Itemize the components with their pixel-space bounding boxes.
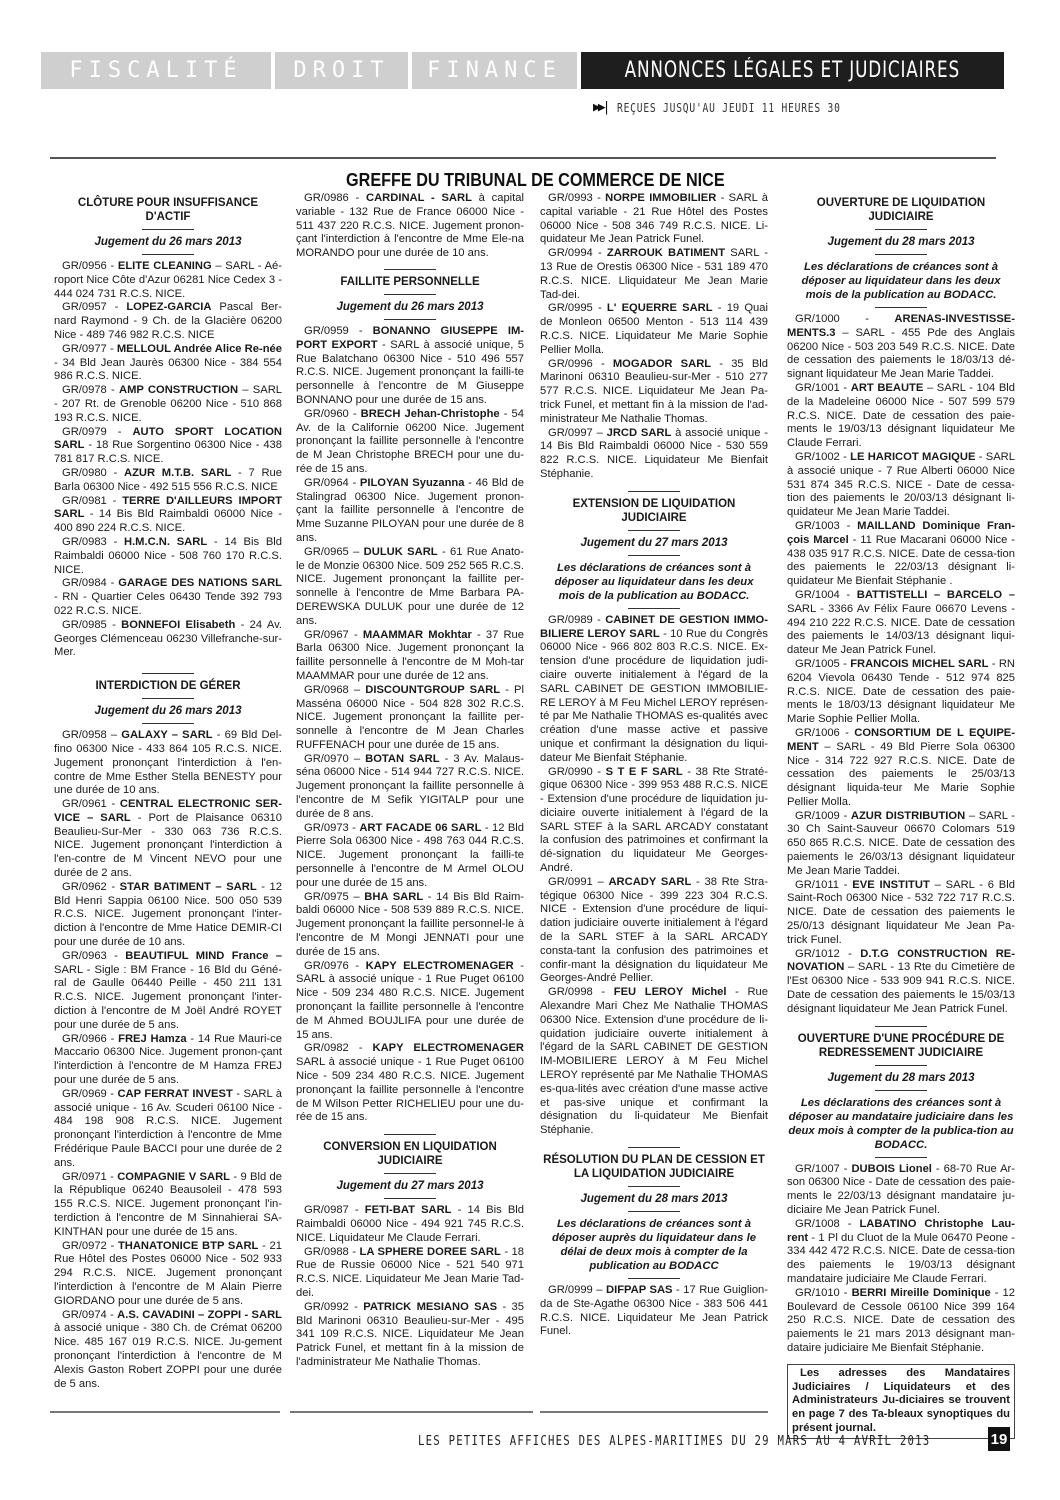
entry-ref: GR/1011 - — [795, 879, 852, 891]
entry-ref: GR/0962 - — [62, 881, 120, 893]
entry-details: - RN - Quartier Celes 06430 Tende 392 79… — [54, 591, 282, 617]
tab-droit[interactable]: DROIT — [275, 52, 408, 89]
divider — [628, 491, 680, 492]
divider — [875, 307, 927, 308]
deadline-notice: ▶▶| REÇUES JUSQU'AU JEUDI 11 HEURES 30 — [593, 100, 897, 115]
entry-company-name: A.S. CAVADINI – ZOPPI - SARL — [117, 1309, 282, 1321]
notice-entry: GR/0977 - MELLOUL Andrée Alice Re-née - … — [54, 343, 282, 384]
divider — [628, 530, 680, 531]
entry-list: GR/0987 - FETI-BAT SARL - 14 Bis Bld Rai… — [296, 1204, 524, 1370]
creditor-notice: Les déclarations de créances sont à dépo… — [540, 1217, 768, 1273]
entry-details: - 38 Rte Stra-tégique 06300 Nice - 399 2… — [540, 876, 768, 985]
entry-ref: GR/1001 - — [795, 382, 851, 394]
divider — [628, 1147, 680, 1148]
notice-entry: GR/0982 - KAPY ELECTROMENAGER SARL à ass… — [296, 1042, 524, 1125]
entry-company-name: NORPE IMMOBILIER — [605, 192, 716, 204]
entry-ref: GR/0963 - — [62, 950, 125, 962]
entry-details: – SARL - 49 Bld Pierre Sola 06300 Nice -… — [787, 741, 1015, 808]
notice-entry: GR/0993 - NORPE IMMOBILIER - SARL à capi… — [540, 192, 768, 247]
column-4: OUVERTURE DE LIQUIDATION JUDICIAIRE Juge… — [787, 196, 1015, 1439]
entry-company-name: PILOYAN Syuzanna — [360, 477, 465, 489]
entry-company-name: AZUR M.T.B. SARL — [124, 467, 231, 479]
entry-company-name: ZARROUK BATIMENT — [607, 247, 725, 259]
entry-ref: GR/0994 - — [548, 247, 607, 259]
divider — [384, 1173, 436, 1174]
notice-entry: GR/0965 – DULUK SARL - 61 Rue Anato-le d… — [296, 546, 524, 629]
notice-entry: GR/0964 - PILOYAN Syuzanna - 46 Bld de S… — [296, 477, 524, 546]
entry-company-name: BERRI Mireille Dominique — [852, 1287, 991, 1299]
entry-ref: GR/0966 - — [62, 1033, 118, 1045]
page-number: 19 — [988, 1427, 1010, 1451]
divider — [875, 1026, 927, 1027]
entry-company-name: STAR BATIMENT – SARL — [120, 881, 257, 893]
entry-company-name: DIFPAP SAS — [606, 1284, 673, 1296]
fast-forward-icon: ▶▶| — [593, 100, 607, 115]
notice-entry: GR/0994 - ZARROUK BATIMENT SARL - 13 Rue… — [540, 247, 768, 302]
notice-entry: GR/0990 - S T E F SARL - 38 Rte Straté-g… — [540, 766, 768, 876]
entry-company-name: L' EQUERRE SARL — [607, 302, 713, 314]
entry-company-name: DISCOUNTGROUP SARL — [365, 684, 500, 696]
entry-ref: GR/1002 - — [795, 451, 850, 463]
entry-company-name: FEU LEROY Michel — [614, 986, 727, 998]
entry-ref: GR/0964 - — [304, 477, 360, 489]
notice-entry: GR/0971 - COMPAGNIE V SARL - 9 Bld de la… — [54, 1171, 282, 1240]
entry-ref: GR/1004 - — [795, 589, 857, 601]
entry-ref: GR/0981 - — [62, 495, 122, 507]
entry-company-name: GARAGE DES NATIONS SARL — [118, 577, 282, 589]
notice-entry: GR/0991 – ARCADY SARL - 38 Rte Stra-tégi… — [540, 876, 768, 986]
notice-entry: GR/0997 – JRCD SARL à associé unique - 1… — [540, 427, 768, 482]
notice-entry: GR/1003 - MAILLAND Dominique Fran-çois M… — [787, 520, 1015, 589]
entry-company-name: BEAUTIFUL MIND France – — [125, 950, 282, 962]
entry-company-name: LE HARICOT MAGIQUE — [850, 451, 975, 463]
divider — [384, 319, 436, 320]
notice-entry: GR/0996 - MOGADOR SARL - 35 Bld Marinoni… — [540, 358, 768, 427]
section-tabs: FISCALITÉ DROIT FINANCE ANNONCES LÉGALES… — [41, 52, 1004, 89]
column-2: GR/0986 - CARDINAL - SARL à capital vari… — [296, 192, 524, 1370]
entry-ref: GR/0961 - — [62, 798, 120, 810]
entry-list: GR/0989 - CABINET DE GESTION IMMO-BILIER… — [540, 614, 768, 1138]
judgement-date: Jugement du 26 mars 2013 — [296, 300, 524, 314]
entry-details: - 18 Rue Sorgentino 06300 Nice - 438 781… — [54, 439, 282, 465]
notice-entry: GR/1010 - BERRI Mireille Dominique - 12 … — [787, 1287, 1015, 1356]
divider — [142, 673, 194, 674]
notice-entry: GR/0958 – GALAXY – SARL - 69 Bld Del-fin… — [54, 729, 282, 798]
judgement-date: Jugement du 28 mars 2013 — [787, 235, 1015, 249]
section-title-faillite: FAILLITE PERSONNELLE — [296, 275, 524, 289]
entry-details: SARL - 3366 Av Félix Faure 06670 Levens … — [787, 603, 1015, 656]
notice-entry: GR/1000 - ARENAS-INVESTISSE-MENTS.3 – SA… — [787, 313, 1015, 382]
entry-details: à associé unique - 380 Ch. de Crémat 062… — [54, 1322, 282, 1389]
entry-details: - 10 Rue du Congrès 06000 Nice - 966 802… — [540, 628, 768, 764]
notice-entry: GR/1006 - CONSORTIUM DE L EQUIPE-MENT – … — [787, 727, 1015, 810]
column-bottom-rule — [540, 1411, 768, 1413]
entry-ref: GR/0974 - — [62, 1309, 117, 1321]
creditor-notice: Les déclarations de créances sont à dépo… — [540, 561, 768, 603]
entry-company-name: MOGADOR SARL — [613, 358, 711, 370]
section-title-extension: EXTENSION DE LIQUIDATION JUDICIAIRE — [540, 497, 768, 525]
entry-company-name: JRCD SARL — [607, 427, 672, 439]
entry-company-name: GALAXY – SARL — [121, 729, 212, 741]
page-title: GREFFE DU TRIBUNAL DE COMMERCE DE NICE — [290, 170, 780, 191]
notice-entry: GR/1002 - LE HARICOT MAGIQUE - SARL à as… — [787, 451, 1015, 520]
entry-ref: GR/1000 - — [795, 313, 894, 325]
entry-details: - Rue Alexandre Mari Chez Me Nathalie TH… — [540, 986, 768, 1136]
entry-list: GR/0956 - ELITE CLEANING – SARL - Aé-rop… — [54, 260, 282, 660]
entry-ref: GR/0999 – — [548, 1284, 606, 1296]
divider — [875, 254, 927, 255]
notice-entry: GR/0981 - TERRE D'AILLEURS IMPORT SARL -… — [54, 495, 282, 536]
entry-ref: GR/0997 – — [548, 427, 607, 439]
footer-publication: LES PETITES AFFICHES DES ALPES-MARITIMES… — [418, 1434, 930, 1449]
entry-details: - 38 Rte Straté-gique 06300 Nice - 399 9… — [540, 766, 768, 875]
entry-ref: GR/0992 - — [304, 1301, 363, 1313]
creditor-notice: Les déclarations des créances sont à dép… — [787, 1096, 1015, 1152]
entry-ref: GR/0996 - — [548, 358, 613, 370]
section-title-cloture: CLÔTURE POUR INSUFFISANCE D'ACTIF — [54, 196, 282, 224]
column-3: GR/0993 - NORPE IMMOBILIER - SARL à capi… — [540, 192, 768, 1339]
divider — [384, 294, 436, 295]
entry-company-name: DUBOIS Lionel — [851, 1163, 931, 1175]
entry-ref: GR/0960 - — [304, 408, 361, 420]
entry-ref: GR/0970 – — [304, 753, 365, 765]
notice-entry: GR/0963 - BEAUTIFUL MIND France – SARL -… — [54, 950, 282, 1033]
entry-ref: GR/1006 - — [795, 727, 854, 739]
notice-entry: GR/0983 - H.M.C.N. SARL - 14 Bis Bld Rai… — [54, 536, 282, 577]
judgement-date: Jugement du 28 mars 2013 — [787, 1071, 1015, 1085]
notice-entry: GR/0973 - ART FACADE 06 SARL - 12 Bld Pi… — [296, 822, 524, 891]
notice-entry: GR/0984 - GARAGE DES NATIONS SARL - RN -… — [54, 577, 282, 618]
entry-company-name: BONNEFOI Elisabeth — [121, 619, 235, 631]
entry-company-name: ARCADY SARL — [608, 876, 691, 888]
entry-company-name: DULUK SARL — [364, 546, 438, 558]
notice-entry: GR/0992 - PATRICK MESIANO SAS - 35 Bld M… — [296, 1301, 524, 1370]
divider — [628, 555, 680, 556]
entry-list: GR/1007 - DUBOIS Lionel - 68-70 Rue Ar-s… — [787, 1163, 1015, 1356]
entry-list: GR/0993 - NORPE IMMOBILIER - SARL à capi… — [540, 192, 768, 482]
section-title-resolution: RÉSOLUTION DU PLAN DE CESSION ET LA LIQU… — [540, 1153, 768, 1181]
entry-company-name: KAPY ELECTROMENAGER — [366, 960, 514, 972]
divider — [142, 723, 194, 724]
notice-entry: GR/0986 - CARDINAL - SARL à capital vari… — [296, 192, 524, 261]
entry-ref: GR/1008 - — [795, 1218, 859, 1230]
entry-company-name: THANATONICE BTP SARL — [118, 1240, 258, 1252]
notice-entry: GR/0995 - L' EQUERRE SARL - 19 Quai de M… — [540, 302, 768, 357]
notice-entry: GR/0979 - AUTO SPORT LOCATION SARL - 18 … — [54, 426, 282, 467]
entry-ref: GR/0986 - — [304, 192, 366, 204]
entry-list: GR/0999 – DIFPAP SAS - 17 Rue Guiglion-d… — [540, 1284, 768, 1339]
notice-entry: GR/0999 – DIFPAP SAS - 17 Rue Guiglion-d… — [540, 1284, 768, 1339]
notice-entry: GR/0985 - BONNEFOI Elisabeth - 24 Av. Ge… — [54, 619, 282, 660]
divider — [384, 269, 436, 270]
entry-company-name: FRANCOIS MICHEL SARL — [850, 658, 988, 670]
column-bottom-rule — [50, 1411, 280, 1413]
notice-entry: GR/1009 - AZUR DISTRIBUTION – SARL - 30 … — [787, 810, 1015, 879]
notice-entry: GR/0956 - ELITE CLEANING – SARL - Aé-rop… — [54, 260, 282, 301]
divider — [628, 608, 680, 609]
judgement-date: Jugement du 28 mars 2013 — [540, 1192, 768, 1206]
notice-entry: GR/0967 - MAAMMAR Mokhtar - 37 Rue Barla… — [296, 629, 524, 684]
notice-entry: GR/0959 - BONANNO GIUSEPPE IM-PORT EXPOR… — [296, 325, 524, 408]
notice-entry: GR/0987 - FETI-BAT SARL - 14 Bis Bld Rai… — [296, 1204, 524, 1245]
entry-ref: GR/0993 - — [548, 192, 605, 204]
entry-ref: GR/0956 - — [62, 260, 118, 272]
entry-ref: GR/0984 - — [62, 577, 118, 589]
notice-entry: GR/1007 - DUBOIS Lionel - 68-70 Rue Ar-s… — [787, 1163, 1015, 1218]
entry-company-name: BATTISTELLI – BARCELO – — [857, 589, 1015, 601]
divider — [875, 1065, 927, 1066]
entry-company-name: MELLOUL Andrée Alice Re-née — [117, 343, 282, 355]
entry-ref: GR/0957 - — [62, 301, 126, 313]
entry-details: - 1 Pl du Cluot de la Mule 06470 Peone -… — [787, 1232, 1015, 1285]
entry-ref: GR/0971 - — [62, 1171, 117, 1183]
judgement-date: Jugement du 27 mars 2013 — [540, 536, 768, 550]
divider — [875, 229, 927, 230]
entry-company-name: CAP FERRAT INVEST — [117, 1088, 232, 1100]
judgement-date: Jugement du 26 mars 2013 — [54, 704, 282, 718]
divider — [142, 254, 194, 255]
entry-ref: GR/0965 – — [304, 546, 364, 558]
divider — [142, 698, 194, 699]
divider — [628, 1186, 680, 1187]
notice-entry: GR/0988 - LA SPHERE DOREE SARL - 18 Rue … — [296, 1246, 524, 1301]
entry-company-name: ELITE CLEANING — [118, 260, 212, 272]
entry-ref: GR/0968 – — [304, 684, 365, 696]
entry-company-name: S T E F SARL — [606, 766, 683, 778]
entry-ref: GR/0973 - — [304, 822, 359, 834]
divider — [384, 1198, 436, 1199]
entry-list: GR/1000 - ARENAS-INVESTISSE-MENTS.3 – SA… — [787, 313, 1015, 1017]
notice-entry: GR/0966 - FREJ Hamza - 14 Rue Mauri-ce M… — [54, 1033, 282, 1088]
entry-ref: GR/0959 - — [304, 325, 373, 337]
section-title-redressement: OUVERTURE D'UNE PROCÉDURE DE REDRESSEMEN… — [787, 1032, 1015, 1060]
entry-list: GR/0958 – GALAXY – SARL - 69 Bld Del-fin… — [54, 729, 282, 1391]
entry-ref: GR/0979 - — [62, 426, 132, 438]
section-title-ouverture-liquidation: OUVERTURE DE LIQUIDATION JUDICIAIRE — [787, 196, 1015, 224]
tab-finance[interactable]: FINANCE — [412, 52, 577, 89]
entry-ref: GR/0982 - — [304, 1042, 372, 1054]
entry-company-name: AMP CONSTRUCTION — [119, 384, 238, 396]
entry-ref: GR/1012 - — [795, 948, 860, 960]
notice-entry: GR/0962 - STAR BATIMENT – SARL - 12 Bld … — [54, 881, 282, 950]
entry-details: - 14 Bis Bld Raimbaldi 06000 Nice - 400 … — [54, 508, 282, 534]
entry-details: SARL à associé unique - 1 Rue Puget 0610… — [296, 1056, 524, 1123]
divider — [875, 1090, 927, 1091]
page-footer: LES PETITES AFFICHES DES ALPES-MARITIMES… — [418, 1434, 1043, 1449]
entry-company-name: AZUR DISTRIBUTION — [851, 810, 965, 822]
entry-company-name: FETI-BAT SARL — [365, 1204, 452, 1216]
entry-ref: GR/0995 - — [548, 302, 607, 314]
tab-fiscalite[interactable]: FISCALITÉ — [41, 52, 271, 89]
entry-ref: GR/0975 – — [304, 891, 364, 903]
entry-ref: GR/0958 – — [62, 729, 121, 741]
section-title-interdiction: INTERDICTION DE GÉRER — [54, 679, 282, 693]
entry-ref: GR/1007 - — [795, 1163, 851, 1175]
judgement-date: Jugement du 26 mars 2013 — [54, 235, 282, 249]
notice-entry: GR/1004 - BATTISTELLI – BARCELO – SARL -… — [787, 589, 1015, 658]
notice-entry: GR/1001 - ART BEAUTE – SARL - 104 Bld de… — [787, 382, 1015, 451]
notice-entry: GR/0968 – DISCOUNTGROUP SARL - Pl Massén… — [296, 684, 524, 753]
entry-company-name: LA SPHERE DOREE SARL — [360, 1246, 501, 1258]
notice-entry: GR/0975 – BHA SARL - 14 Bis Bld Raim-bal… — [296, 891, 524, 960]
notice-entry: GR/1005 - FRANCOIS MICHEL SARL - RN 6204… — [787, 658, 1015, 727]
entry-company-name: H.M.C.N. SARL — [124, 536, 207, 548]
entry-company-name: CARDINAL - SARL — [366, 192, 472, 204]
notice-entry: GR/0976 - KAPY ELECTROMENAGER - SARL à a… — [296, 960, 524, 1043]
divider — [142, 229, 194, 230]
entry-ref: GR/0991 – — [548, 876, 608, 888]
entry-ref: GR/1003 - — [795, 520, 857, 532]
notice-entry: GR/0978 - AMP CONSTRUCTION – SARL - 207 … — [54, 384, 282, 425]
header-divider — [50, 157, 996, 159]
entry-company-name: KAPY ELECTROMENAGER — [372, 1042, 524, 1054]
notice-entry: GR/1008 - LABATINO Christophe Lau-rent -… — [787, 1218, 1015, 1287]
entry-company-name: LOPEZ-GARCIA — [126, 301, 211, 313]
notice-entry: GR/0957 - LOPEZ-GARCIA Pascal Ber-nard R… — [54, 301, 282, 342]
entry-ref: GR/0977 - — [62, 343, 117, 355]
column-1: CLÔTURE POUR INSUFFISANCE D'ACTIF Jugeme… — [54, 196, 282, 1391]
deadline-text: REÇUES JUSQU'AU JEUDI 11 HEURES 30 — [617, 101, 841, 115]
entry-company-name: BHA SARL — [364, 891, 423, 903]
divider — [628, 1211, 680, 1212]
creditor-notice: Les déclarations de créances sont à dépo… — [787, 260, 1015, 302]
entry-details: - 34 Bld Jean Jaurès 06300 Nice - 384 55… — [54, 357, 282, 383]
entry-ref: GR/0987 - — [304, 1204, 365, 1216]
notice-entry: GR/0961 - CENTRAL ELECTRONIC SER-VICE – … — [54, 798, 282, 881]
entry-ref: GR/0976 - — [304, 960, 366, 972]
entry-company-name: BOTAN SARL — [365, 753, 439, 765]
notice-entry: GR/1011 - EVE INSTITUT – SARL - 6 Bld Sa… — [787, 879, 1015, 948]
column-bottom-rule — [290, 1411, 533, 1413]
divider — [384, 1134, 436, 1135]
notice-entry: GR/1012 - D.T.G CONSTRUCTION RE-NOVATION… — [787, 948, 1015, 1017]
entry-company-name: ART FACADE 06 SARL — [359, 822, 481, 834]
notice-entry: GR/0989 - CABINET DE GESTION IMMO-BILIER… — [540, 614, 768, 766]
entry-ref: GR/0967 - — [304, 629, 363, 641]
notice-entry: GR/0998 - FEU LEROY Michel - Rue Alexand… — [540, 986, 768, 1138]
entry-list: GR/0959 - BONANNO GIUSEPPE IM-PORT EXPOR… — [296, 325, 524, 1125]
entry-ref: GR/0978 - — [62, 384, 119, 396]
entry-list: GR/0986 - CARDINAL - SARL à capital vari… — [296, 192, 524, 261]
notice-entry: GR/0980 - AZUR M.T.B. SARL - 7 Rue Barla… — [54, 467, 282, 495]
entry-ref: GR/0998 - — [548, 986, 614, 998]
judgement-date: Jugement du 27 mars 2013 — [296, 1179, 524, 1193]
entry-company-name: PATRICK MESIANO SAS — [363, 1301, 497, 1313]
entry-ref: GR/1009 - — [795, 810, 851, 822]
notice-entry: GR/0972 - THANATONICE BTP SARL - 21 Rue … — [54, 1240, 282, 1309]
divider — [628, 1278, 680, 1279]
notice-entry: GR/0974 - A.S. CAVADINI – ZOPPI - SARL à… — [54, 1309, 282, 1392]
notice-entry: GR/0969 - CAP FERRAT INVEST - SARL à ass… — [54, 1088, 282, 1171]
divider — [875, 1157, 927, 1158]
entry-ref: GR/0989 - — [548, 614, 605, 626]
entry-ref: GR/0983 - — [62, 536, 124, 548]
entry-details: SARL - Sigle : BM France - 16 Bld du Gén… — [54, 964, 282, 1031]
entry-ref: GR/0969 - — [62, 1088, 117, 1100]
entry-company-name: COMPAGNIE V SARL — [117, 1171, 230, 1183]
entry-ref: GR/0985 - — [62, 619, 121, 631]
entry-company-name: ART BEAUTE — [851, 382, 924, 394]
info-box: Les adresses des Mandataires Judiciaires… — [787, 1364, 1015, 1439]
entry-ref: GR/0988 - — [304, 1246, 360, 1258]
entry-ref: GR/0980 - — [62, 467, 124, 479]
notice-entry: GR/0960 - BRECH Jehan-Christophe - 54 Av… — [296, 408, 524, 477]
entry-company-name: EVE INSTITUT — [852, 879, 930, 891]
entry-ref: GR/0990 - — [548, 766, 606, 778]
entry-ref: GR/0972 - — [62, 1240, 118, 1252]
tab-annonces-legales[interactable]: ANNONCES LÉGALES ET JUDICIAIRES — [581, 52, 1004, 89]
entry-company-name: BRECH Jehan-Christophe — [361, 408, 500, 420]
entry-ref: GR/1010 - — [795, 1287, 852, 1299]
entry-ref: GR/1005 - — [795, 658, 850, 670]
entry-company-name: MAAMMAR Mokhtar — [363, 629, 472, 641]
notice-entry: GR/0970 – BOTAN SARL - 3 Av. Malaus-séna… — [296, 753, 524, 822]
entry-company-name: FREJ Hamza — [118, 1033, 186, 1045]
section-title-conversion: CONVERSION EN LIQUIDATION JUDICIAIRE — [296, 1140, 524, 1168]
